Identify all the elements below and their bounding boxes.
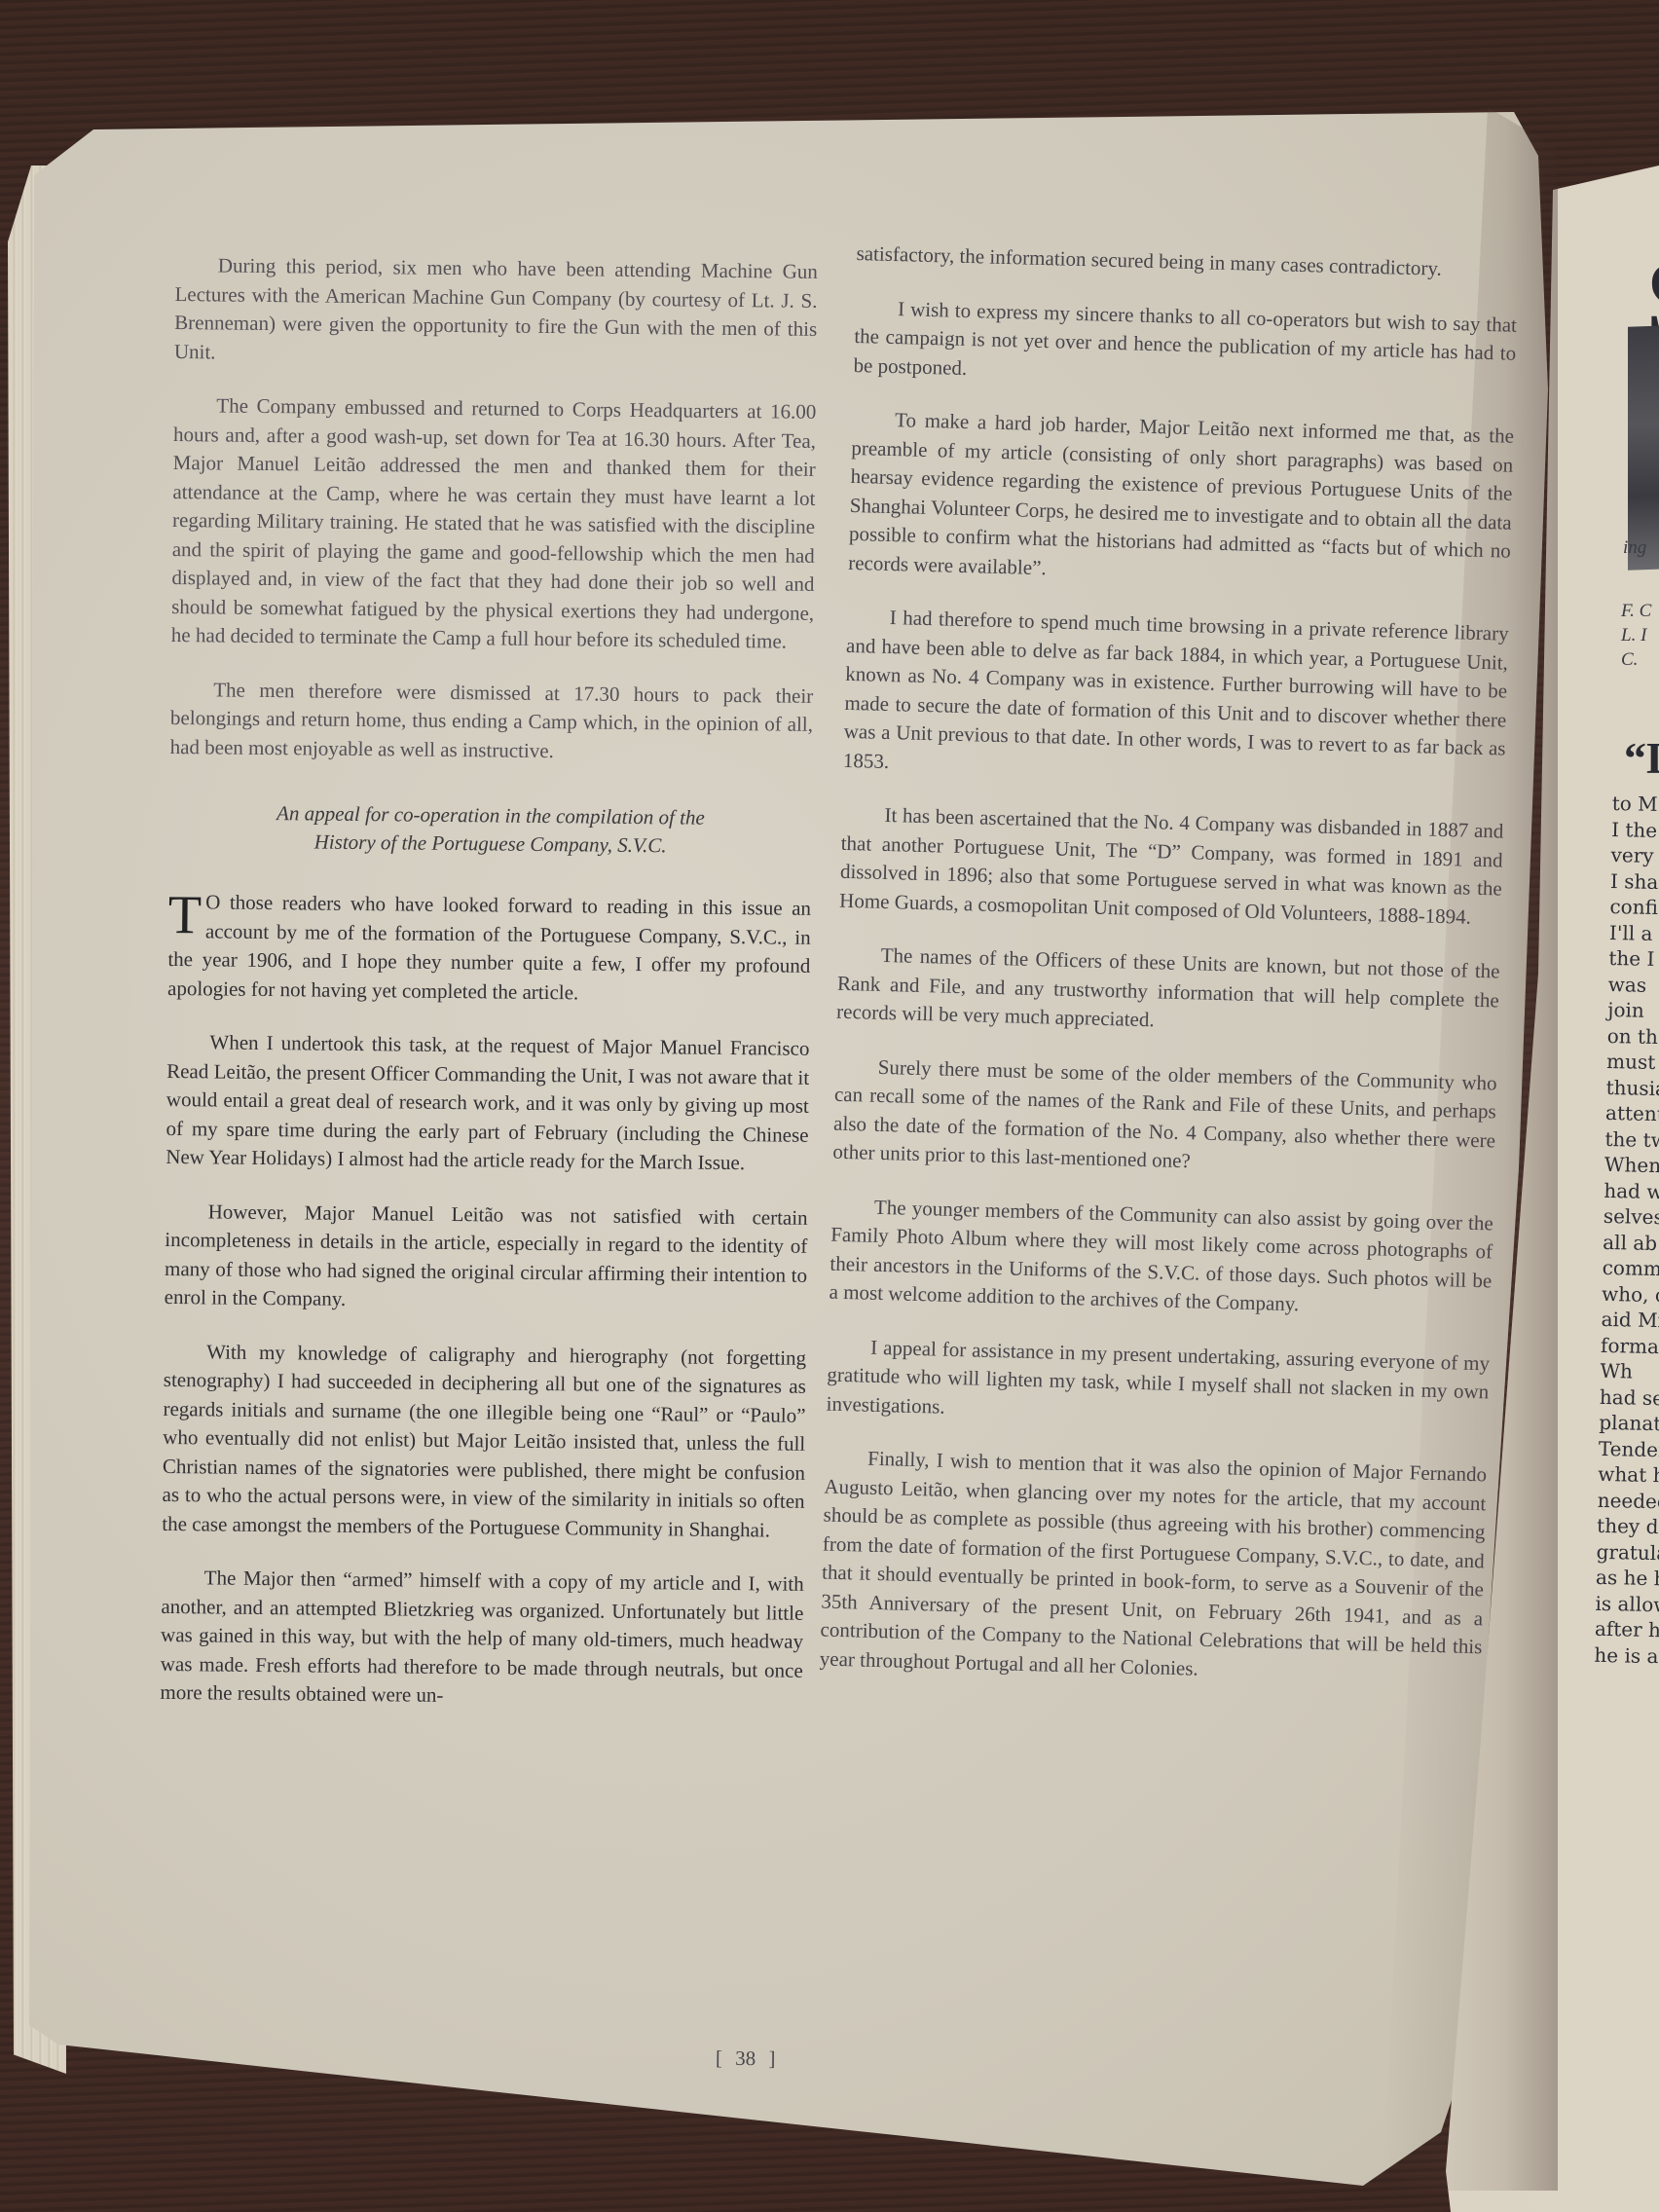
paragraph: The Major then “armed” himself with a co… [160, 1564, 804, 1714]
body-line-fragment: was [1608, 971, 1659, 998]
paragraph: When I undertook this task, at the reque… [166, 1028, 810, 1178]
paragraph: I had therefore to spend much time brows… [843, 603, 1509, 793]
body-line-fragment: confi [1609, 894, 1659, 921]
paragraph: The younger members of the Community can… [829, 1192, 1493, 1324]
body-line-fragment: I sha [1610, 867, 1659, 895]
body-line-fragment: all ab [1603, 1229, 1659, 1256]
body-line-fragment: must [1606, 1049, 1659, 1076]
body-line-fragment: When [1604, 1152, 1659, 1179]
body-line-fragment: thusia [1605, 1074, 1659, 1101]
body-line-fragment: had w [1604, 1177, 1659, 1204]
opening-text: O those readers who have looked forward … [167, 890, 811, 1004]
name-fragment: L. I [1621, 623, 1651, 647]
right-page-caption: ing [1623, 535, 1646, 561]
body-line-fragment: after he h [1595, 1616, 1654, 1643]
paragraph: However, Major Manuel Leitão was not sat… [165, 1197, 808, 1318]
body-line-fragment: had sea [1600, 1383, 1659, 1411]
paragraph: During this period, six men who have bee… [174, 251, 818, 373]
name-fragment: C. [1621, 647, 1651, 672]
right-page-names: F. C L. I C. [1621, 599, 1651, 672]
body-line-fragment: who, or [1602, 1280, 1659, 1308]
drop-cap: T [168, 894, 203, 937]
body-line-fragment: I'll a [1609, 919, 1659, 946]
right-column: satisfactory, the information secured be… [819, 240, 1519, 1715]
right-page-quote-heading: “L [1624, 732, 1659, 784]
name-fragment: F. C [1621, 599, 1651, 623]
paragraph: With my knowledge of caligraphy and hier… [162, 1337, 806, 1544]
paragraph: Finally, I wish to mention that it was a… [819, 1444, 1487, 1691]
body-line-fragment: Tenderp [1599, 1435, 1658, 1462]
body-line-fragment: as he had [1596, 1565, 1655, 1592]
body-line-fragment: I the [1611, 816, 1659, 843]
body-line-fragment: needed w [1597, 1487, 1656, 1514]
body-line-fragment: to M [1611, 791, 1659, 818]
body-line-fragment: very [1610, 842, 1659, 869]
left-column: During this period, six men who have bee… [160, 251, 818, 1739]
body-line-fragment: join [1607, 997, 1659, 1024]
page-number: [ 38 ] [716, 2046, 776, 2072]
right-page-photo [1628, 325, 1659, 570]
body-line-fragment: on th [1606, 1022, 1659, 1050]
body-line-fragment: they did) [1597, 1513, 1656, 1540]
section-heading: An appeal for co-operation in the compil… [169, 798, 813, 862]
paragraph: The Company embussed and returned to Cor… [171, 391, 817, 656]
body-line-fragment: gratulatio [1596, 1538, 1655, 1566]
paragraph: I appeal for assistance in my present un… [826, 1332, 1490, 1435]
body-line-fragment: planatio [1599, 1410, 1658, 1437]
body-line-fragment: the I [1608, 945, 1659, 973]
opening-paragraph: TO those readers who have looked forward… [167, 888, 811, 1010]
body-line-fragment: the tw [1604, 1125, 1659, 1153]
paragraph: I wish to express my sincere thanks to a… [853, 293, 1517, 396]
heading-line: History of the Portuguese Company, S.V.C… [169, 827, 812, 862]
body-line-fragment: commot [1602, 1255, 1659, 1282]
paragraph: Surely there must be some of the older m… [832, 1051, 1497, 1184]
paragraph: It has been ascertained that the No. 4 C… [839, 800, 1504, 933]
paragraph: To make a hard job harder, Major Leitão … [848, 405, 1514, 595]
body-line-fragment: formati [1601, 1332, 1659, 1359]
body-line-fragment: Wh [1600, 1358, 1659, 1385]
paragraph: The names of the Officers of these Units… [836, 940, 1500, 1044]
body-line-fragment: aid Mi [1601, 1307, 1659, 1334]
body-line-fragment: is allowed [1595, 1590, 1654, 1617]
body-line-fragment: selves [1604, 1203, 1659, 1231]
paragraph: The men therefore were dismissed at 17.3… [170, 675, 814, 767]
body-line-fragment: he is at hi [1594, 1641, 1653, 1669]
body-line-fragment: attent [1605, 1100, 1659, 1127]
body-line-fragment: what he [1598, 1461, 1657, 1489]
